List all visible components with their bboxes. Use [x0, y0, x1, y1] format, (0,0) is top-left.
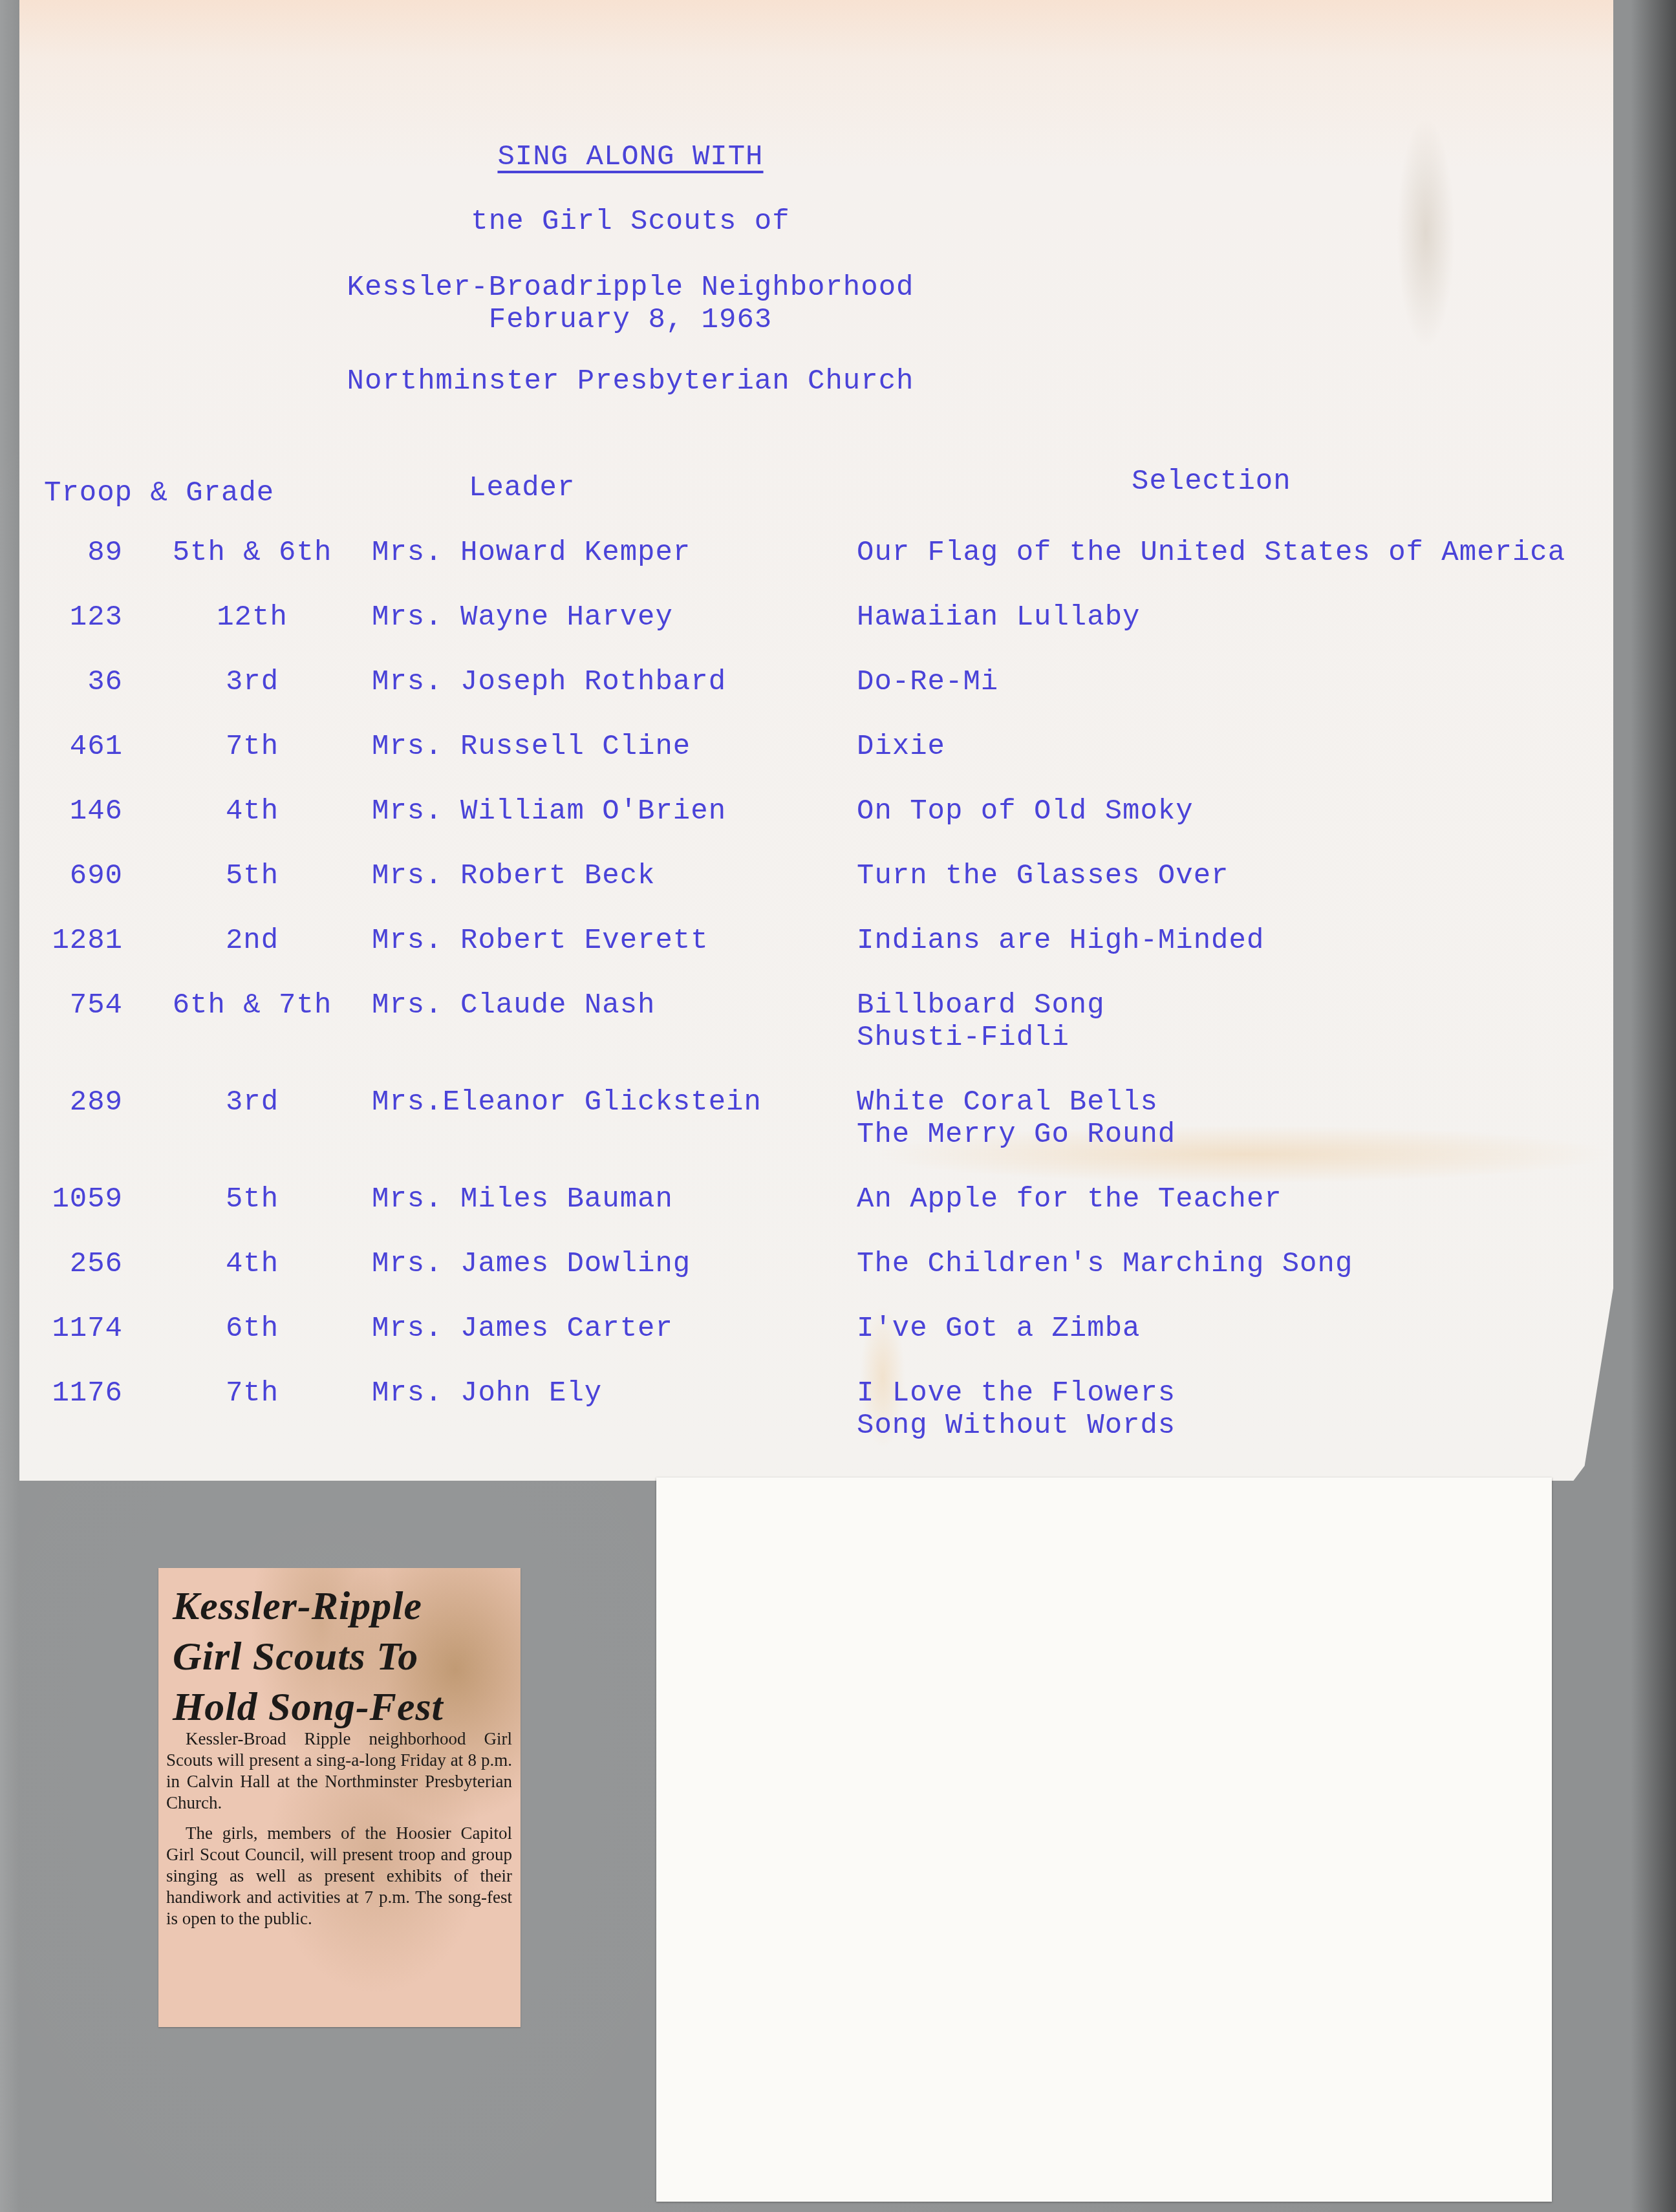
song-title: Indians are High-Minded	[857, 925, 1264, 957]
grade: 7th	[136, 731, 369, 763]
selection-list: Billboard SongShusti-Fidli	[857, 989, 1105, 1054]
clipping-article: Kessler-Broad Ripple neighborhood Girl S…	[166, 1728, 512, 1938]
column-header-selection: Selection	[1132, 466, 1291, 498]
grade: 5th	[136, 860, 369, 892]
troop-number: 36	[19, 666, 123, 698]
selection-list: Dixie	[857, 731, 945, 763]
song-title: An Apple for the Teacher	[857, 1183, 1282, 1216]
leader-name: Mrs. Joseph Rothbard	[372, 666, 726, 698]
song-title: Shusti-Fidli	[857, 1022, 1105, 1054]
troop-number: 1059	[19, 1183, 123, 1216]
leader-name: Mrs. James Dowling	[372, 1248, 691, 1280]
selection-list: Indians are High-Minded	[857, 925, 1264, 957]
leader-name: Mrs. James Carter	[372, 1313, 673, 1345]
song-title: Billboard Song	[857, 989, 1105, 1022]
headline-line: Kessler-Ripple	[173, 1581, 515, 1631]
selection-list: Our Flag of the United States of America	[857, 537, 1565, 569]
song-title: Do-Re-Mi	[857, 666, 998, 698]
grade: 4th	[136, 795, 369, 828]
leader-name: Mrs. Claude Nash	[372, 989, 655, 1022]
article-paragraph: Kessler-Broad Ripple neighborhood Girl S…	[166, 1728, 512, 1814]
song-title: The Children's Marching Song	[857, 1248, 1353, 1280]
program-neighborhood: Kessler-Broadripple Neighborhood	[19, 272, 1241, 304]
troop-number: 89	[19, 537, 123, 569]
song-title: Our Flag of the United States of America	[857, 537, 1565, 569]
leader-name: Mrs. Wayne Harvey	[372, 601, 673, 634]
program-title: SING ALONG WITH	[19, 141, 1241, 173]
clipping-headline: Kessler-Ripple Girl Scouts To Hold Song-…	[173, 1581, 515, 1732]
article-paragraph: The girls, members of the Hoosier Capito…	[166, 1823, 512, 1929]
troop-number: 754	[19, 989, 123, 1022]
song-title: Hawaiian Lullaby	[857, 601, 1140, 634]
newspaper-clipping: Kessler-Ripple Girl Scouts To Hold Song-…	[158, 1568, 521, 2027]
grade: 6th & 7th	[136, 989, 369, 1022]
blank-card	[656, 1477, 1552, 2202]
grade: 2nd	[136, 925, 369, 957]
grade: 5th & 6th	[136, 537, 369, 569]
troop-number: 146	[19, 795, 123, 828]
troop-number: 256	[19, 1248, 123, 1280]
song-title: Turn the Glasses Over	[857, 860, 1229, 892]
selection-list: Turn the Glasses Over	[857, 860, 1229, 892]
song-title: White Coral Bells	[857, 1086, 1176, 1119]
leader-name: Mrs. Howard Kemper	[372, 537, 691, 569]
selection-list: The Children's Marching Song	[857, 1248, 1353, 1280]
song-title: I Love the Flowers	[857, 1377, 1176, 1410]
selection-list: An Apple for the Teacher	[857, 1183, 1282, 1216]
program-subtitle: tne Girl Scouts of	[19, 206, 1241, 238]
troop-number: 1174	[19, 1313, 123, 1345]
leader-name: Mrs. Russell Cline	[372, 731, 691, 763]
troop-number: 461	[19, 731, 123, 763]
selection-list: I Love the FlowersSong Without Words	[857, 1377, 1176, 1442]
leader-name: Mrs. Miles Bauman	[372, 1183, 673, 1216]
selection-list: On Top of Old Smoky	[857, 795, 1194, 828]
program-sheet: SING ALONG WITH tne Girl Scouts of Kessl…	[19, 0, 1613, 1481]
leader-name: Mrs. William O'Brien	[372, 795, 726, 828]
troop-number: 1176	[19, 1377, 123, 1410]
headline-line: Girl Scouts To	[173, 1631, 515, 1682]
column-header-troop-grade: Troop & Grade	[44, 477, 274, 510]
song-title: On Top of Old Smoky	[857, 795, 1194, 828]
grade: 3rd	[136, 666, 369, 698]
leader-name: Mrs. Robert Beck	[372, 860, 655, 892]
grade: 5th	[136, 1183, 369, 1216]
troop-number: 289	[19, 1086, 123, 1119]
troop-number: 690	[19, 860, 123, 892]
selection-list: I've Got a Zimba	[857, 1313, 1140, 1345]
headline-line: Hold Song-Fest	[173, 1682, 515, 1732]
selection-list: Do-Re-Mi	[857, 666, 998, 698]
leader-name: Mrs. Robert Everett	[372, 925, 709, 957]
program-venue: Northminster Presbyterian Church	[19, 365, 1241, 398]
grade: 3rd	[136, 1086, 369, 1119]
program-date: February 8, 1963	[19, 304, 1241, 336]
leader-name: Mrs.Eleanor Glickstein	[372, 1086, 762, 1119]
song-title: The Merry Go Round	[857, 1119, 1176, 1151]
song-title: Song Without Words	[857, 1410, 1176, 1442]
column-header-leader: Leader	[469, 472, 575, 504]
selection-list: White Coral BellsThe Merry Go Round	[857, 1086, 1176, 1151]
song-title: I've Got a Zimba	[857, 1313, 1140, 1345]
paper-stain	[1397, 116, 1455, 349]
grade: 4th	[136, 1248, 369, 1280]
grade: 6th	[136, 1313, 369, 1345]
scrapbook-page: SING ALONG WITH tne Girl Scouts of Kessl…	[0, 0, 1676, 2212]
troop-number: 123	[19, 601, 123, 634]
leader-name: Mrs. John Ely	[372, 1377, 602, 1410]
grade: 7th	[136, 1377, 369, 1410]
troop-number: 1281	[19, 925, 123, 957]
song-title: Dixie	[857, 731, 945, 763]
grade: 12th	[136, 601, 369, 634]
selection-list: Hawaiian Lullaby	[857, 601, 1140, 634]
